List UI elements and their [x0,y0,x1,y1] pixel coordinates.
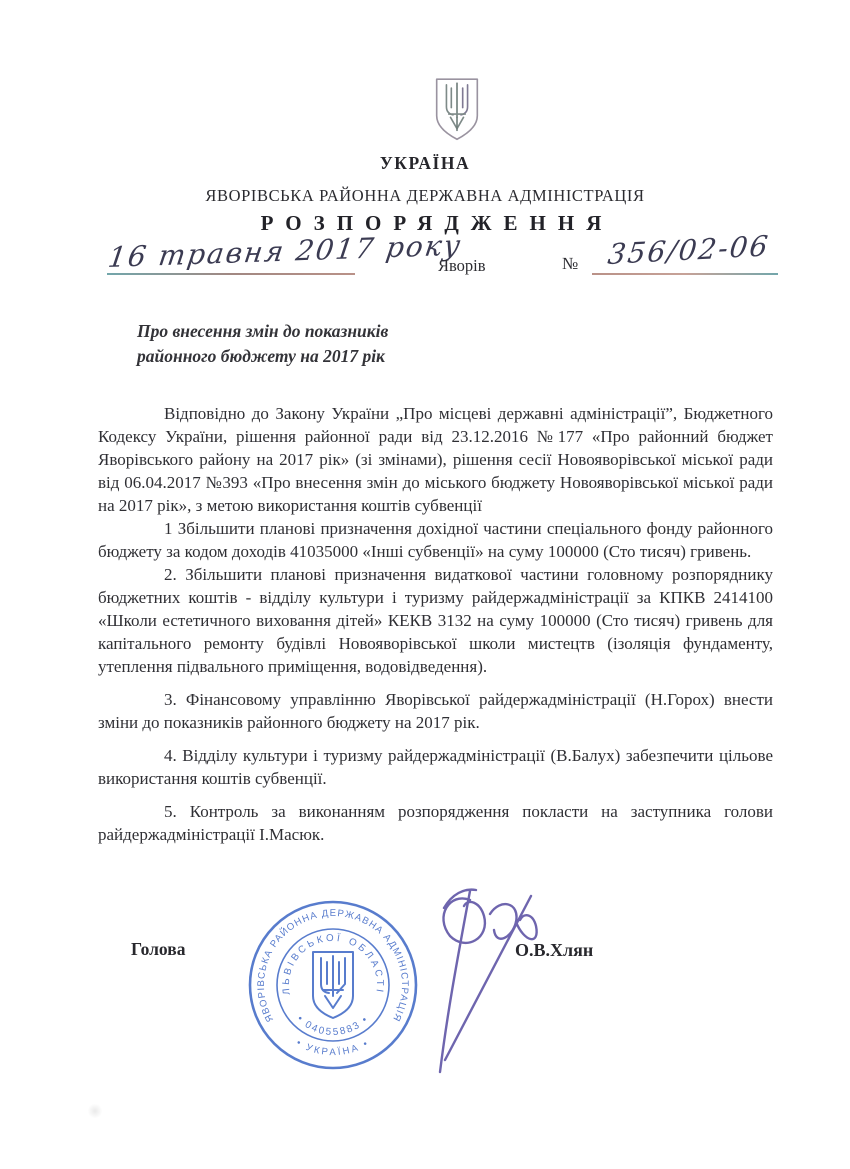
document-subject: Про внесення змін до показників районног… [137,319,388,369]
number-sign: № [562,254,578,274]
number-underline [592,273,778,275]
paragraph-2: 2. Збільшити планові призначення видатко… [98,563,773,678]
stamp-trident-shield-icon [313,952,353,1018]
organization-name: ЯВОРІВСЬКА РАЙОННА ДЕРЖАВНА АДМІНІСТРАЦІ… [0,186,850,206]
subject-line-1: Про внесення змін до показників [137,319,388,344]
intro-paragraph: Відповідно до Закону України „Про місцев… [98,402,773,517]
trident-emblem-icon [431,76,483,144]
document-page: УКРАЇНА ЯВОРІВСЬКА РАЙОННА ДЕРЖАВНА АДМІ… [0,0,850,1169]
paragraph-4: 4. Відділу культури і туризму райдержадм… [98,744,773,790]
place-name: Яворів [438,256,486,276]
signature-position-label: Голова [131,939,185,960]
scan-smudge [88,1103,102,1119]
paragraph-3: 3. Фінансовому управлінню Яворівської ра… [98,688,773,734]
document-body: Відповідно до Закону України „Про місцев… [98,402,773,846]
date-underline [107,273,355,275]
country-name: УКРАЇНА [0,153,850,174]
paragraph-1: 1 Збільшити планові призначення дохідної… [98,517,773,563]
subject-line-2: районного бюджету на 2017 рік [137,344,388,369]
signature-ink [440,890,537,1072]
official-round-stamp: ЯВОРІВСЬКА РАЙОННА ДЕРЖАВНА АДМІНІСТРАЦІ… [228,878,563,1103]
paragraph-5: 5. Контроль за виконанням розпорядження … [98,800,773,846]
